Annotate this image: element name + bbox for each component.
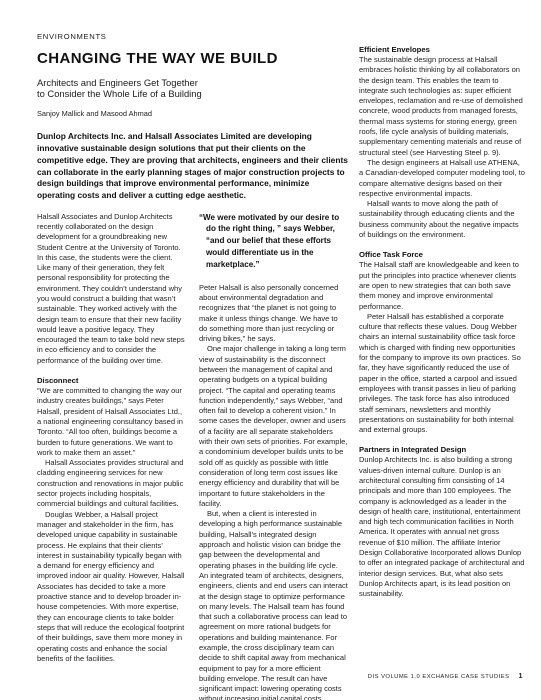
paragraph: The sustainable design process at Halsal… — [359, 55, 525, 158]
paragraph: Halsall wants to move along the path of … — [359, 199, 525, 240]
column-left: Halsall Associates and Dunlop Architects… — [37, 212, 186, 700]
paragraph: “We are committed to changing the way ou… — [37, 386, 186, 458]
article-subtitle: Architects and Engineers Get Together to… — [37, 77, 349, 99]
paragraph: The Halsall staff are knowledgeable and … — [359, 260, 525, 311]
subheading-disconnect: Disconnect — [37, 376, 186, 385]
article-page: ENVIRONMENTS CHANGING THE WAY WE BUILD A… — [0, 0, 541, 700]
paragraph: Halsall Associates and Dunlop Architects… — [37, 212, 186, 366]
paragraph: One major challenge in taking a long ter… — [199, 344, 348, 509]
page-layout: ENVIRONMENTS CHANGING THE WAY WE BUILD A… — [37, 32, 525, 700]
intro-paragraph: Dunlop Architects Inc. and Halsall Assoc… — [37, 131, 349, 201]
main-region: ENVIRONMENTS CHANGING THE WAY WE BUILD A… — [37, 32, 349, 700]
page-footer: DIS VOLUME 1.0 EXCHANGE CASE STUDIES 1 — [368, 671, 523, 680]
paragraph: Peter Halsall is also personally concern… — [199, 283, 348, 345]
paragraph: But, when a client is interested in deve… — [199, 509, 348, 700]
paragraph: Halsall Associates provides structural a… — [37, 458, 186, 509]
subtitle-line-2: to Consider the Whole Life of a Building — [37, 88, 349, 99]
subtitle-line-1: Architects and Engineers Get Together — [37, 77, 349, 88]
body-columns: Halsall Associates and Dunlop Architects… — [37, 212, 349, 700]
page-number: 1 — [519, 671, 524, 680]
subheading-partners-integrated-design: Partners in Integrated Design — [359, 445, 525, 454]
section-kicker: ENVIRONMENTS — [37, 32, 349, 41]
subheading-office-task-force: Office Task Force — [359, 250, 525, 259]
paragraph: Dunlop Architects Inc. is also building … — [359, 455, 525, 599]
paragraph: Douglas Webber, a Halsall project manage… — [37, 510, 186, 664]
column-middle: “We were motivated by our desire to do t… — [199, 212, 348, 700]
subheading-efficient-envelopes: Efficient Envelopes — [359, 45, 525, 54]
paragraph: The design engineers at Halsall use ATHE… — [359, 158, 525, 199]
byline: Sanjoy Mallick and Masood Ahmad — [37, 109, 349, 118]
column-right: Efficient Envelopes The sustainable desi… — [359, 32, 525, 700]
pull-quote: “We were motivated by our desire to do t… — [199, 212, 348, 271]
article-title: CHANGING THE WAY WE BUILD — [37, 50, 349, 67]
paragraph: Peter Halsall has established a corporat… — [359, 312, 525, 436]
journal-line: DIS VOLUME 1.0 EXCHANGE CASE STUDIES — [368, 674, 510, 680]
